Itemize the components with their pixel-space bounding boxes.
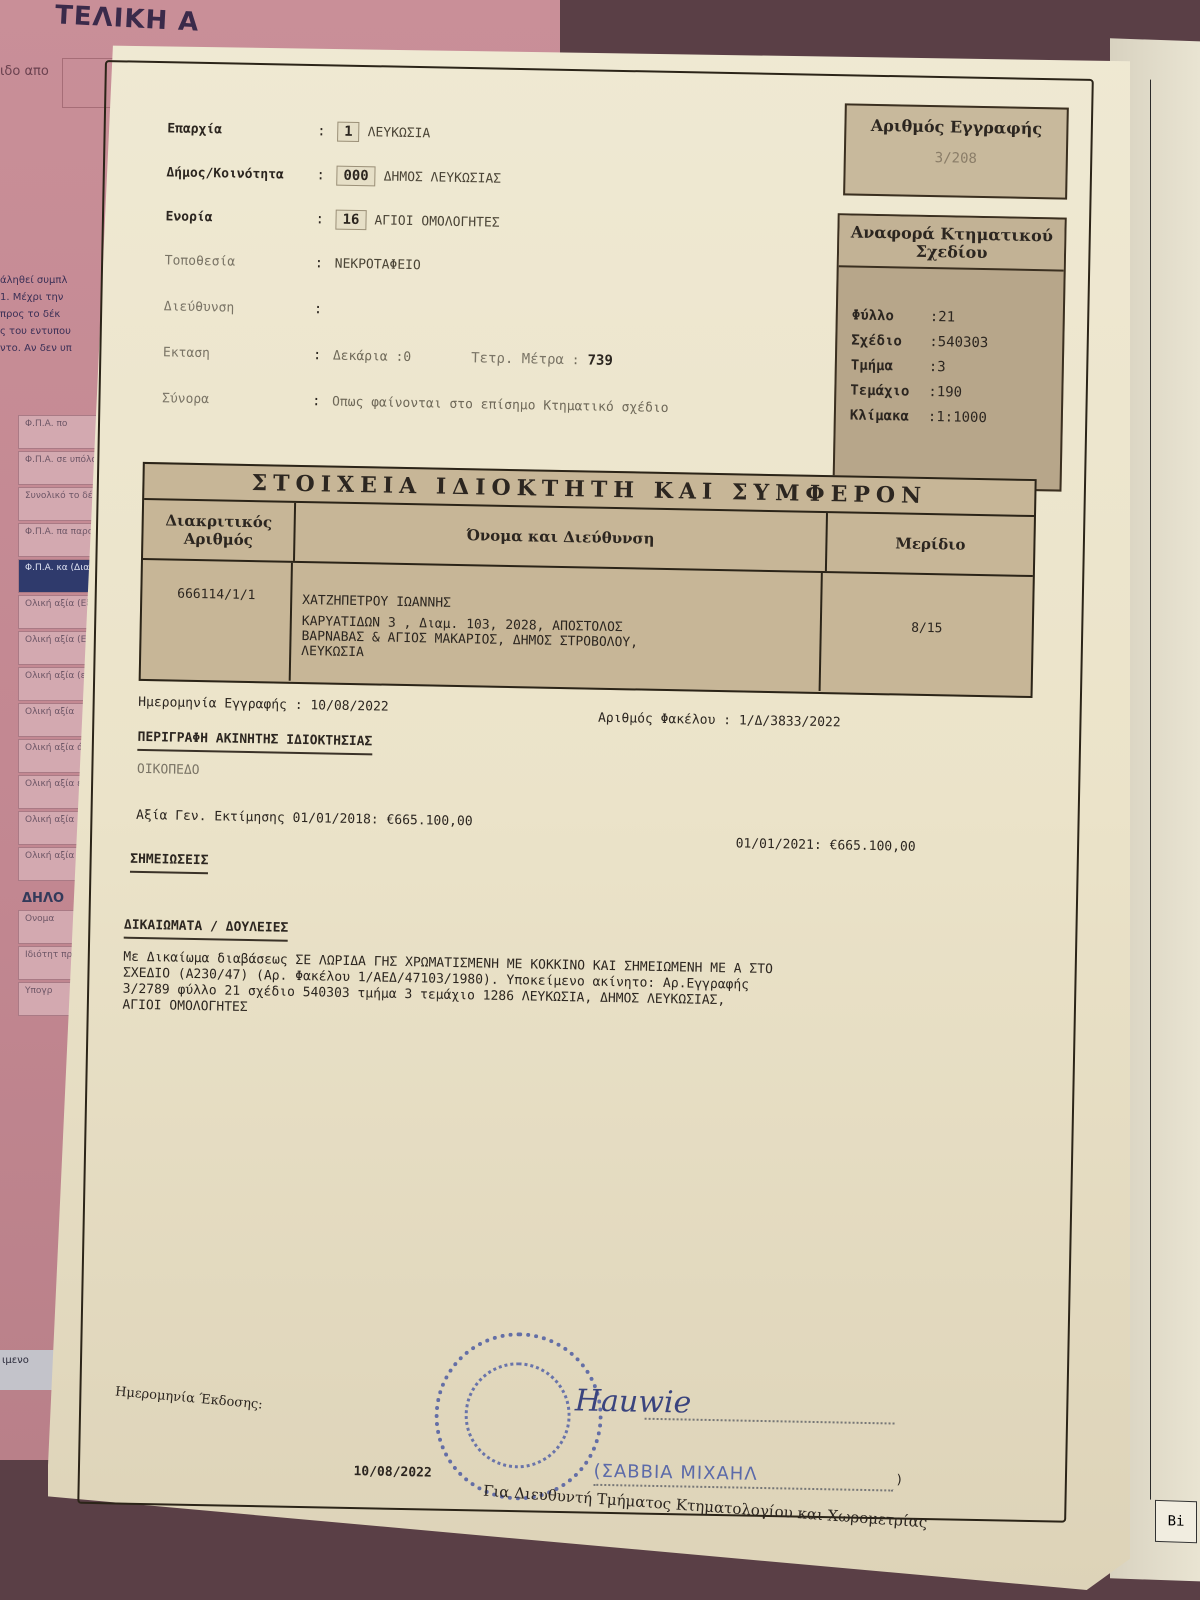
signature: Hauwie [575, 1383, 692, 1420]
property-description-title: ΠΕΡΙΓΡΑΦΗ ΑΚΙΝΗΤΗΣ ΙΔΙΟΚΤΗΣΙΑΣ [137, 730, 372, 756]
district-label: Επαρχία [167, 121, 317, 139]
registration-date-label: Ημερομηνία Εγγραφής [138, 695, 287, 713]
right-page-border [1150, 80, 1151, 1500]
bg-text-line: 1. Μέχρι την [0, 289, 100, 306]
bg-text-line: προς το δέκ [0, 306, 100, 323]
sqm-value: 739 [587, 352, 613, 368]
field-locality: Τοποθεσία : ΝΕΚΡΟΤΑΦΕΙΟ [165, 252, 421, 273]
cadastral-fields: Φύλλο:21 Σχέδιο:540303 Τμήμα:3 Τεμάχιο:1… [836, 267, 1064, 432]
signer-line [593, 1484, 893, 1492]
boundaries-value: Οπως φαίνονται στο επίσημο Κτηματικό σχέ… [332, 394, 669, 415]
valuation-2021: 01/01/2021: €665.100,00 [735, 836, 915, 854]
bg-text-line: ντο. Αν δεν υπ [0, 340, 100, 357]
colon: : [371, 812, 387, 827]
signature-line [645, 1418, 895, 1425]
file-number: Αριθμός Φακέλου : 1/Δ/3833/2022 [598, 711, 841, 731]
parish-code: 16 [335, 210, 366, 231]
locality-label: Τοποθεσία [165, 253, 315, 271]
valuation-2018: Αξία Γεν. Εκτίμησης 01/01/2018: €665.100… [136, 808, 473, 829]
field-boundaries: Σύνορα : Οπως φαίνονται στο επίσημο Κτημ… [162, 390, 669, 416]
field-municipality: Δήμος/Κοινότητα : 000 ΔΗΜΟΣ ΛΕΥΚΩΣΙΑΣ [166, 162, 501, 188]
colon: : [295, 698, 311, 713]
valuation-amount: €665.100,00 [829, 838, 915, 855]
file-number-value: 1/Δ/3833/2022 [739, 713, 841, 730]
cad-label: Σχέδιο [851, 329, 929, 355]
registration-number-title: Αριθμός Εγγραφής [846, 105, 1067, 138]
extent-label: Εκταση [163, 345, 313, 363]
colon: : [315, 211, 335, 227]
cadastral-reference-box: Αναφορά Κτηματικού Σχεδίου Φύλλο:21 Σχέδ… [833, 213, 1067, 491]
colon: : [388, 349, 404, 364]
owner-share: 8/15 [821, 573, 1033, 695]
title-deed-content: Επαρχία : 1 ΛΕΥΚΩΣΙΑ Δήμος/Κοινότητα : 0… [122, 90, 1090, 1568]
registration-number-value: 3/208 [846, 134, 1067, 168]
colon: : [313, 347, 333, 363]
colon: : [317, 123, 337, 139]
owner-name: ΧΑΤΖΗΠΕΤΡΟΥ ΙΩΑΝΝΗΣ [302, 593, 451, 611]
cad-value: :190 [928, 380, 962, 406]
column-header-id: Διακριτικός Αριθμός [143, 500, 296, 561]
colon: : [312, 393, 332, 409]
colon: : [723, 713, 739, 728]
colon: : [316, 167, 336, 183]
decares-value: 0 [403, 349, 411, 364]
issue-date-label: Ημερομηνία Έκδοσης: [115, 1384, 264, 1412]
decares-label: Δεκάρια [333, 348, 388, 364]
cad-value: :1:1000 [928, 405, 987, 431]
cad-value: :3 [929, 355, 946, 380]
field-extent: Εκταση : Δεκάρια : 0 Τετρ. Μέτρα : 739 [163, 344, 613, 369]
notes-title: ΣΗΜΕΙΩΣΕΙΣ [130, 852, 209, 874]
municipality-label: Δήμος/Κοινότητα [166, 165, 316, 183]
valuation-label: Αξία Γεν. Εκτίμησης [136, 808, 285, 826]
signer-name: (ΣΑΒΒΙΑ ΜΙΧΑΗΛ [593, 1461, 757, 1485]
owner-name-address: ΧΑΤΖΗΠΕΤΡΟΥ ΙΩΑΝΝΗΣ ΚΑΡΥΑΤΙΔΩΝ 3 , Διαμ.… [291, 563, 823, 691]
cad-label: Τμήμα [851, 354, 929, 380]
right-page-tab: Bi [1155, 1500, 1197, 1543]
background-form-subtitle: ιδο απο [0, 64, 49, 79]
background-form-text: άληθεί συμπλ 1. Μέχρι την προς το δέκ ς … [0, 272, 100, 357]
municipality-code: 000 [336, 166, 376, 187]
registration-number-box: Αριθμός Εγγραφής 3/208 [843, 103, 1069, 199]
field-address: Διεύθυνση : [164, 298, 334, 317]
colon: : [564, 352, 580, 367]
cad-value: :540303 [929, 330, 988, 356]
cad-label: Φύλλο [852, 304, 930, 330]
address-label: Διεύθυνση [164, 299, 314, 317]
registration-date-value: 10/08/2022 [310, 698, 389, 715]
field-district: Επαρχία : 1 ΛΕΥΚΩΣΙΑ [167, 118, 430, 143]
colon: : [314, 301, 334, 317]
bg-text-line: ς του εντυπου [0, 323, 100, 340]
cad-label: Κλίμακα [850, 403, 928, 429]
district-code: 1 [337, 122, 360, 142]
rights-title: ΔΙΚΑΙΩΜΑΤΑ / ΔΟΥΛΕΙΕΣ [124, 918, 289, 942]
bg-text-line: άληθεί συμπλ [0, 272, 100, 289]
cad-label: Τεμάχιο [850, 379, 928, 405]
cadastral-scale: Κλίμακα:1:1000 [850, 403, 1061, 432]
locality-value: ΝΕΚΡΟΤΑΦΕΙΟ [335, 256, 421, 273]
column-header-name-address: Όνομα και Διεύθυνση [295, 503, 828, 571]
cad-value: :21 [930, 305, 956, 330]
valuation-amount: €665.100,00 [386, 813, 472, 830]
boundaries-label: Σύνορα [162, 391, 312, 409]
table-row: 666114/1/1 ΧΑΤΖΗΠΕΤΡΟΥ ΙΩΑΝΝΗΣ ΚΑΡΥΑΤΙΔΩ… [141, 560, 1033, 695]
owner-address-line: ΛΕΥΚΩΣΙΑ [301, 644, 364, 660]
bg-bottom-label: ιμενο [2, 1355, 29, 1366]
field-parish: Ενορία : 16 ΑΓΙΟΙ ΟΜΟΛΟΓΗΤΕΣ [165, 206, 499, 232]
signer-close: ) [895, 1473, 903, 1488]
colon: : [814, 838, 830, 853]
parish-value: ΑΓΙΟΙ ΟΜΟΛΟΓΗΤΕΣ [374, 213, 499, 230]
column-header-share: Μερίδιο [827, 513, 1034, 575]
owner-table: ΣΤΟΙΧΕΙΑ ΙΔΙΟΚΤΗΤΗ ΚΑΙ ΣΥΜΦΕΡΟΝ Διακριτι… [139, 462, 1037, 698]
owner-id: 666114/1/1 [141, 560, 293, 681]
file-number-label: Αριθμός Φακέλου [598, 711, 716, 728]
issue-date-value: 10/08/2022 [353, 1464, 432, 1481]
parish-label: Ενορία [165, 209, 315, 227]
valuation-date: 01/01/2021 [735, 836, 814, 853]
background-form-title: ΤΕΛΙΚΗ Α [54, 0, 200, 38]
rights-text: Με Δικαίωμα διαβάσεως ΣΕ ΛΩΡΙΔΑ ΓΗΣ ΧΡΩΜ… [122, 950, 1023, 1031]
sqm-label: Τετρ. Μέτρα [471, 350, 564, 368]
registration-date: Ημερομηνία Εγγραφής : 10/08/2022 [138, 695, 389, 715]
district-value: ΛΕΥΚΩΣΙΑ [368, 125, 431, 141]
valuation-date: 01/01/2018 [292, 811, 371, 828]
municipality-value: ΔΗΜΟΣ ΛΕΥΚΩΣΙΑΣ [384, 169, 502, 186]
property-description-value: ΟΙΚΟΠΕΔΟ [137, 762, 200, 778]
cadastral-reference-title: Αναφορά Κτηματικού Σχεδίου [839, 215, 1065, 271]
colon: : [315, 255, 335, 271]
